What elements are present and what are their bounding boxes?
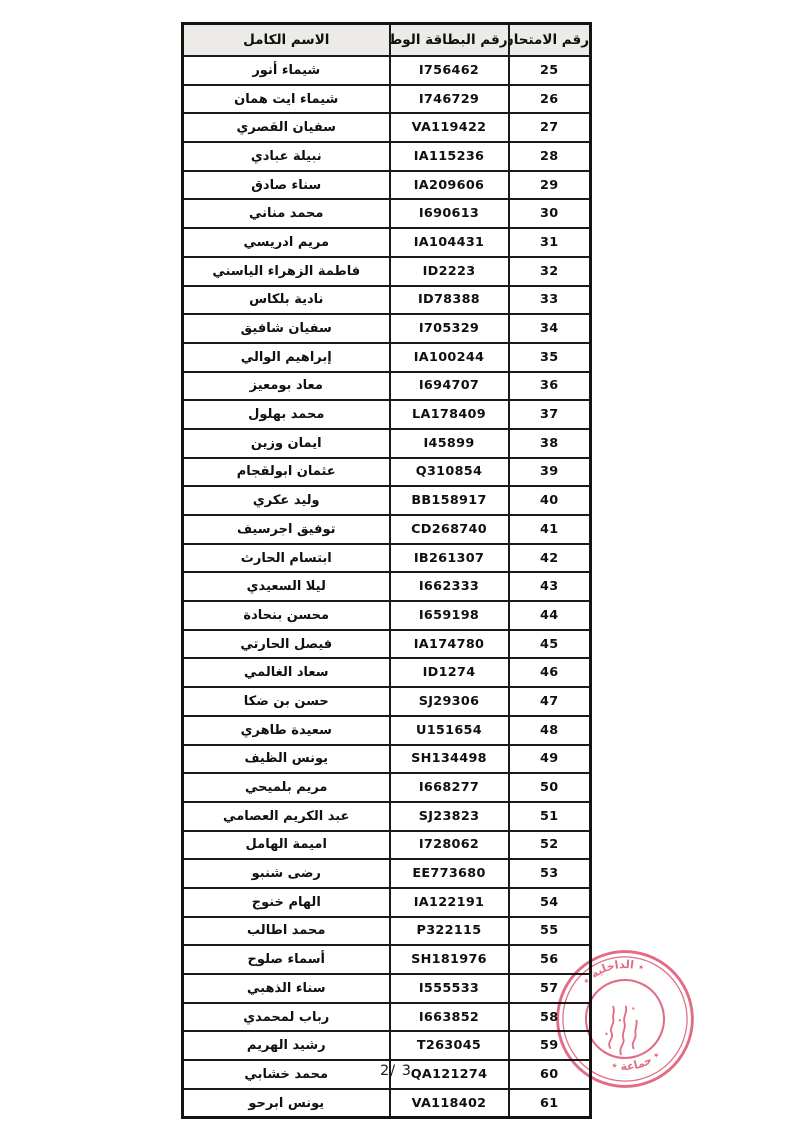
exam-number-cell: 48 [509,716,591,745]
full-name-cell: سعيدة طاهري [183,716,390,745]
exam-number-cell: 25 [509,56,591,85]
national-id-cell: VA119422 [390,113,509,142]
exam-number-cell: 47 [509,687,591,716]
national-id-cell: IA100244 [390,343,509,372]
table-row: 49 SH134498 يونس الظيف [183,745,591,774]
exam-number-cell: 35 [509,343,591,372]
page-number: 2/ 3 [181,1063,611,1079]
national-id-cell: IA104431 [390,228,509,257]
exam-number-cell: 61 [509,1089,591,1118]
full-name-cell: محسن بنحادة [183,601,390,630]
table-row: 33 ID78388 نادية بلكاس [183,286,591,315]
national-id-cell: I690613 [390,199,509,228]
table-row: 38 I45899 ايمان وزين [183,429,591,458]
national-id-cell: CD268740 [390,515,509,544]
header-full-name: الاسم الكامل [183,24,390,57]
table-row: 57 I555533 سناء الذهبي [183,974,591,1003]
stamp-ring-text-bottom: ٭ جماعة ٭ [607,1047,664,1078]
table-row: 28 IA115236 نبيلة عبادي [183,142,591,171]
table-row: 32 ID2223 فاطمة الزهراء الياسني [183,257,591,286]
table-row: 56 SH181976 أسماء صلوح [183,945,591,974]
table-row: 59 T263045 رشيد الهريم [183,1031,591,1060]
exam-number-cell: 33 [509,286,591,315]
full-name-cell: عبد الكريم العصامي [183,802,390,831]
national-id-cell: I45899 [390,429,509,458]
exam-number-cell: 27 [509,113,591,142]
national-id-cell: I694707 [390,372,509,401]
table-row: 45 IA174780 فيصل الحارتي [183,630,591,659]
national-id-cell: IA209606 [390,171,509,200]
table-row: 43 I662333 ليلا السعيدي [183,572,591,601]
exam-number-cell: 45 [509,630,591,659]
national-id-cell: VA118402 [390,1089,509,1118]
table-body: 25 I756462 شيماء أنور 26 I746729 شيماء ا… [183,56,591,1118]
full-name-cell: سناء الذهبي [183,974,390,1003]
exam-number-cell: 55 [509,917,591,946]
national-id-cell: IB261307 [390,544,509,573]
table-row: 37 LA178409 محمد بهلول [183,400,591,429]
full-name-cell: محمد بهلول [183,400,390,429]
full-name-cell: سفيان القصري [183,113,390,142]
exam-number-cell: 32 [509,257,591,286]
full-name-cell: ايمان وزين [183,429,390,458]
exam-number-cell: 37 [509,400,591,429]
table-row: 48 U151654 سعيدة طاهري [183,716,591,745]
table-row: 34 I705329 سفيان شافيق [183,314,591,343]
table-row: 52 I728062 اميمة الهامل [183,831,591,860]
full-name-cell: سعاد الغالمي [183,658,390,687]
national-id-cell: T263045 [390,1031,509,1060]
exam-number-cell: 42 [509,544,591,573]
full-name-cell: توفيق اجرسيف [183,515,390,544]
table-row: 61 VA118402 يونس ابرحو [183,1089,591,1118]
exam-number-cell: 43 [509,572,591,601]
stamp-center-script [603,1004,640,1056]
national-id-cell: I668277 [390,773,509,802]
exam-number-cell: 56 [509,945,591,974]
table-row: 39 Q310854 عثمان ابولقجام [183,458,591,487]
full-name-cell: ابتسام الحارث [183,544,390,573]
full-name-cell: مريم ادريسي [183,228,390,257]
exam-number-cell: 52 [509,831,591,860]
national-id-cell: BB158917 [390,486,509,515]
full-name-cell: الهام خنوج [183,888,390,917]
national-id-cell: SH181976 [390,945,509,974]
national-id-cell: I659198 [390,601,509,630]
table-row: 50 I668277 مريم بلميحي [183,773,591,802]
national-id-cell: EE773680 [390,859,509,888]
full-name-cell: رضى شنبو [183,859,390,888]
exam-number-cell: 59 [509,1031,591,1060]
table-row: 41 CD268740 توفيق اجرسيف [183,515,591,544]
table-row: 55 P322115 محمد اطالب [183,917,591,946]
full-name-cell: محمد مناني [183,199,390,228]
national-id-cell: P322115 [390,917,509,946]
full-name-cell: وليد عكري [183,486,390,515]
table-row: 30 I690613 محمد مناني [183,199,591,228]
table-row: 26 I746729 شيماء ايت همان [183,85,591,114]
full-name-cell: يونس الظيف [183,745,390,774]
exam-number-cell: 38 [509,429,591,458]
national-id-cell: I662333 [390,572,509,601]
national-id-cell: ID78388 [390,286,509,315]
national-id-cell: IA115236 [390,142,509,171]
exam-number-cell: 39 [509,458,591,487]
exam-number-cell: 57 [509,974,591,1003]
exam-number-cell: 49 [509,745,591,774]
full-name-cell: سناء صادق [183,171,390,200]
exam-number-cell: 46 [509,658,591,687]
table-row: 44 I659198 محسن بنحادة [183,601,591,630]
exam-number-cell: 34 [509,314,591,343]
national-id-cell: IA174780 [390,630,509,659]
exam-number-cell: 53 [509,859,591,888]
national-id-cell: I746729 [390,85,509,114]
national-id-cell: I663852 [390,1003,509,1032]
national-id-cell: SJ23823 [390,802,509,831]
table-row: 25 I756462 شيماء أنور [183,56,591,85]
full-name-cell: رشيد الهريم [183,1031,390,1060]
national-id-cell: I705329 [390,314,509,343]
exam-number-cell: 51 [509,802,591,831]
header-national-id: رقم البطاقة الوطنية [390,24,509,57]
full-name-cell: أسماء صلوح [183,945,390,974]
exam-number-cell: 26 [509,85,591,114]
national-id-cell: SH134498 [390,745,509,774]
full-name-cell: معاد بومعيز [183,372,390,401]
exam-number-cell: 58 [509,1003,591,1032]
scanned-page: رقم الامتحان رقم البطاقة الوطنية الاسم ا… [0,0,794,1122]
table-row: 35 IA100244 إبراهيم الوالي [183,343,591,372]
full-name-cell: يونس ابرحو [183,1089,390,1118]
full-name-cell: اميمة الهامل [183,831,390,860]
full-name-cell: نبيلة عبادي [183,142,390,171]
national-id-cell: I555533 [390,974,509,1003]
national-id-cell: IA122191 [390,888,509,917]
full-name-cell: شيماء ايت همان [183,85,390,114]
table-row: 47 SJ29306 حسن بن ضكا [183,687,591,716]
table-row: 54 IA122191 الهام خنوج [183,888,591,917]
full-name-cell: فاطمة الزهراء الياسني [183,257,390,286]
exam-number-cell: 31 [509,228,591,257]
national-id-cell: ID1274 [390,658,509,687]
full-name-cell: سفيان شافيق [183,314,390,343]
full-name-cell: فيصل الحارتي [183,630,390,659]
full-name-cell: محمد اطالب [183,917,390,946]
exam-roster-table: رقم الامتحان رقم البطاقة الوطنية الاسم ا… [181,22,592,1119]
table-row: 46 ID1274 سعاد الغالمي [183,658,591,687]
header-exam-number: رقم الامتحان [509,24,591,57]
exam-number-cell: 44 [509,601,591,630]
table-row: 42 IB261307 ابتسام الحارث [183,544,591,573]
national-id-cell: LA178409 [390,400,509,429]
table-row: 36 I694707 معاد بومعيز [183,372,591,401]
exam-number-cell: 29 [509,171,591,200]
full-name-cell: إبراهيم الوالي [183,343,390,372]
table-row: 58 I663852 رباب لمحمدي [183,1003,591,1032]
full-name-cell: حسن بن ضكا [183,687,390,716]
table-row: 40 BB158917 وليد عكري [183,486,591,515]
table-row: 51 SJ23823 عبد الكريم العصامي [183,802,591,831]
table-header-row: رقم الامتحان رقم البطاقة الوطنية الاسم ا… [183,24,591,57]
full-name-cell: ليلا السعيدي [183,572,390,601]
national-id-cell: I728062 [390,831,509,860]
full-name-cell: مريم بلميحي [183,773,390,802]
table-row: 31 IA104431 مريم ادريسي [183,228,591,257]
full-name-cell: عثمان ابولقجام [183,458,390,487]
exam-number-cell: 36 [509,372,591,401]
exam-number-cell: 30 [509,199,591,228]
national-id-cell: ID2223 [390,257,509,286]
table-row: 29 IA209606 سناء صادق [183,171,591,200]
table-row: 53 EE773680 رضى شنبو [183,859,591,888]
exam-number-cell: 41 [509,515,591,544]
full-name-cell: نادية بلكاس [183,286,390,315]
national-id-cell: U151654 [390,716,509,745]
table-row: 27 VA119422 سفيان القصري [183,113,591,142]
exam-number-cell: 28 [509,142,591,171]
exam-number-cell: 50 [509,773,591,802]
exam-number-cell: 54 [509,888,591,917]
exam-number-cell: 40 [509,486,591,515]
full-name-cell: شيماء أنور [183,56,390,85]
national-id-cell: Q310854 [390,458,509,487]
full-name-cell: رباب لمحمدي [183,1003,390,1032]
national-id-cell: SJ29306 [390,687,509,716]
national-id-cell: I756462 [390,56,509,85]
